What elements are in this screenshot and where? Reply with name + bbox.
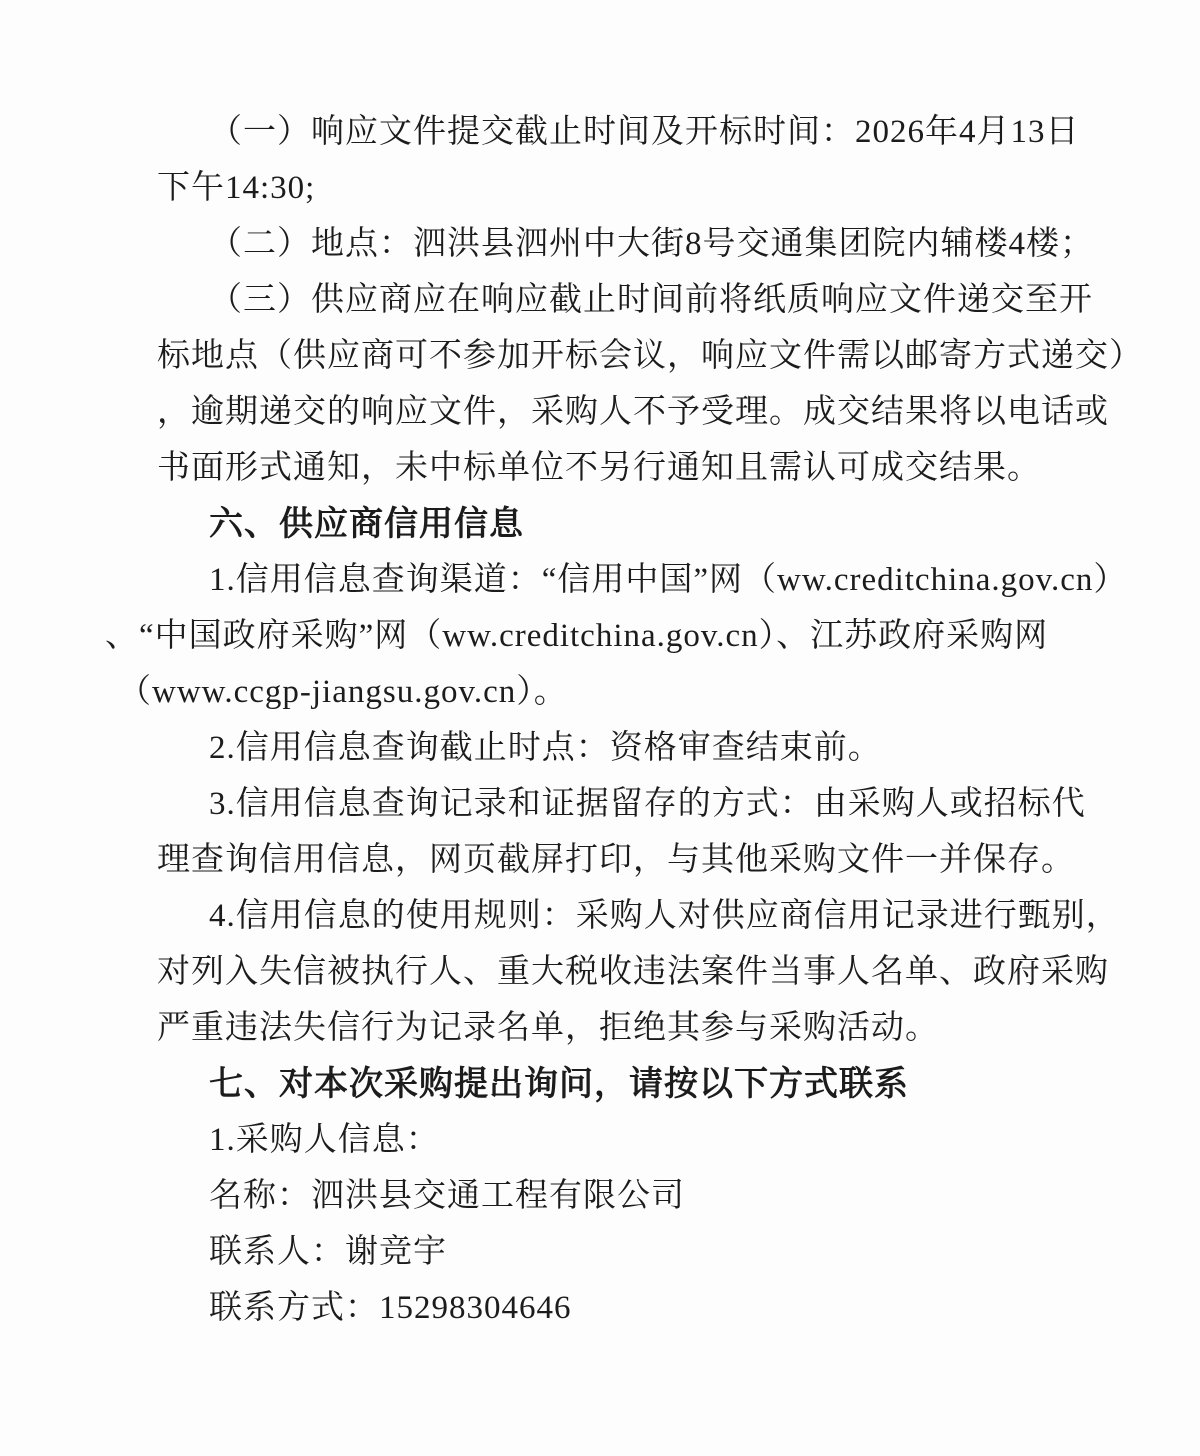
doc-line-delivery-3: ，逾期递交的响应文件，采购人不予受理。成交结果将以电话或 <box>157 384 1069 440</box>
doc-line-credit-rule-1: 4.信用信息的使用规则：采购人对供应商信用记录进行甄别， <box>157 888 1069 944</box>
doc-line-credit-rule-3: 严重违法失信行为记录名单，拒绝其参与采购活动。 <box>157 1000 1069 1056</box>
contact-person-line: 联系人：谢竞宇 <box>157 1224 1069 1280</box>
doc-line-credit-record-1: 3.信用信息查询记录和证据留存的方式：由采购人或招标代 <box>157 776 1069 832</box>
doc-line-purchaser-info: 1.采购人信息： <box>157 1112 1069 1168</box>
section-heading-credit-info: 六、供应商信用信息 <box>157 496 1069 552</box>
document-text-block: （一）响应文件提交截止时间及开标时间：2026年4月13日 下午14:30; （… <box>157 104 1069 1336</box>
doc-line-credit-channel-2: 、“中国政府采购”网（ww.creditchina.gov.cn）、江苏政府采购… <box>105 608 1069 664</box>
doc-line-credit-channel-3: （www.ccgp-jiangsu.gov.cn）。 <box>118 664 1069 720</box>
purchaser-name-line: 名称：泗洪县交通工程有限公司 <box>157 1168 1069 1224</box>
doc-line-delivery-2: 标地点（供应商可不参加开标会议，响应文件需以邮寄方式递交） <box>157 328 1069 384</box>
doc-line-delivery-1: （三）供应商应在响应截止时间前将纸质响应文件递交至开 <box>157 272 1069 328</box>
document-page: （一）响应文件提交截止时间及开标时间：2026年4月13日 下午14:30; （… <box>0 0 1200 1456</box>
contact-phone-line: 联系方式：15298304646 <box>157 1280 1069 1336</box>
section-heading-contact: 七、对本次采购提出询问，请按以下方式联系 <box>157 1056 1069 1112</box>
doc-line-credit-rule-2: 对列入失信被执行人、重大税收违法案件当事人名单、政府采购 <box>157 944 1069 1000</box>
doc-line-credit-cutoff: 2.信用信息查询截止时点：资格审查结束前。 <box>157 720 1069 776</box>
doc-line-credit-channel-1: 1.信用信息查询渠道：“信用中国”网（ww.creditchina.gov.cn… <box>157 552 1069 608</box>
doc-line-deadline-1: （一）响应文件提交截止时间及开标时间：2026年4月13日 <box>157 104 1069 160</box>
doc-line-delivery-4: 书面形式通知，未中标单位不另行通知且需认可成交结果。 <box>157 440 1069 496</box>
doc-line-deadline-2: 下午14:30; <box>157 160 1069 216</box>
doc-line-credit-record-2: 理查询信用信息，网页截屏打印，与其他采购文件一并保存。 <box>157 832 1069 888</box>
doc-line-location: （二）地点：泗洪县泗州中大街8号交通集团院内辅楼4楼； <box>157 216 1069 272</box>
